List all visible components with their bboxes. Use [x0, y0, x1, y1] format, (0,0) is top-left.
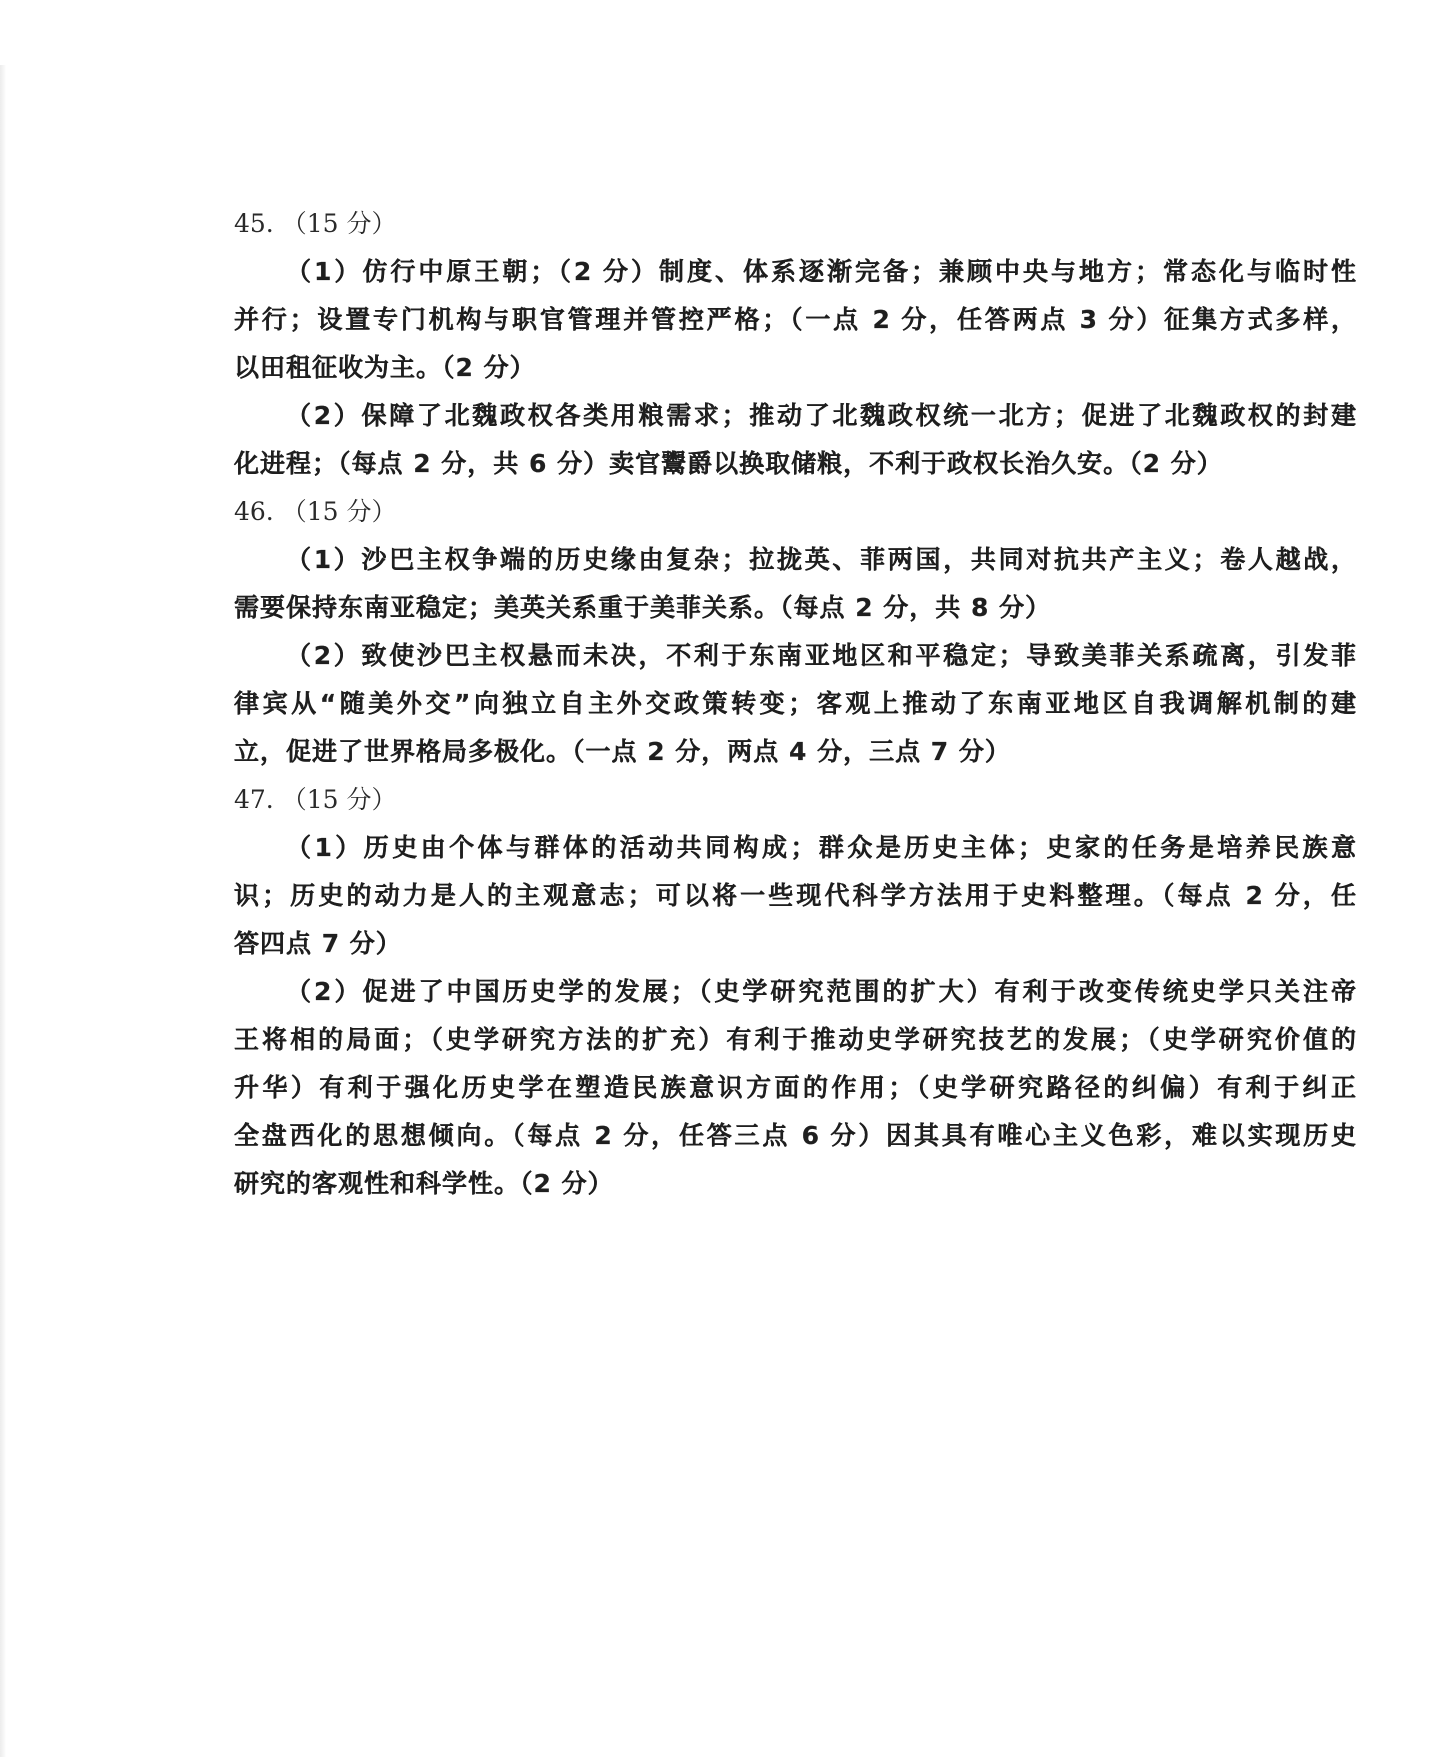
q47-part2-line2: 王将相的局面；（史学研究方法的扩充）有利于推动史学研究技艺的发展；（史学研究价值… [234, 1022, 1356, 1070]
q47-part2-line1: （2）促进了中国历史学的发展；（史学研究范围的扩大）有利于改变传统史学只关注帝 [234, 974, 1356, 1022]
question-47-header: 47. （15 分） [234, 782, 1356, 830]
q46-part2-line3: 立，促进了世界格局多极化。（一点 2 分，两点 4 分，三点 7 分） [234, 734, 1356, 782]
q46-part2-line1: （2）致使沙巴主权悬而未决，不利于东南亚地区和平稳定；导致美菲关系疏离，引发菲 [234, 638, 1356, 686]
page-edge-shadow [0, 65, 6, 1757]
q47-part1-line2: 识；历史的动力是人的主观意志；可以将一些现代科学方法用于史料整理。（每点 2 分… [234, 878, 1356, 926]
q45-part1-line3: 以田租征收为主。（2 分） [234, 350, 1356, 398]
q45-part1-line2: 并行；设置专门机构与职官管理并管控严格；（一点 2 分，任答两点 3 分）征集方… [234, 302, 1356, 350]
q47-part2-line5: 研究的客观性和科学性。（2 分） [234, 1166, 1356, 1214]
q47-part2-line3: 升华）有利于强化历史学在塑造民族意识方面的作用；（史学研究路径的纠偏）有利于纠正 [234, 1070, 1356, 1118]
q45-part1-line1: （1）仿行中原王朝；（2 分）制度、体系逐渐完备；兼顾中央与地方；常态化与临时性 [234, 254, 1356, 302]
q45-part2-line2: 化进程；（每点 2 分，共 6 分）卖官鬻爵以换取储粮，不利于政权长治久安。（2… [234, 446, 1356, 494]
q46-part2-line2: 律宾从“随美外交”向独立自主外交政策转变；客观上推动了东南亚地区自我调解机制的建 [234, 686, 1356, 734]
q46-part1-line1: （1）沙巴主权争端的历史缘由复杂；拉拢英、菲两国，共同对抗共产主义；卷人越战， [234, 542, 1356, 590]
q47-part1-line1: （1）历史由个体与群体的活动共同构成；群众是历史主体；史家的任务是培养民族意 [234, 830, 1356, 878]
question-46-header: 46. （15 分） [234, 494, 1356, 542]
q46-part1-line2: 需要保持东南亚稳定；美英关系重于美菲关系。（每点 2 分，共 8 分） [234, 590, 1356, 638]
q47-part1-line3: 答四点 7 分） [234, 926, 1356, 974]
q45-part2-line1: （2）保障了北魏政权各类用粮需求；推动了北魏政权统一北方；促进了北魏政权的封建 [234, 398, 1356, 446]
q47-part2-line4: 全盘西化的思想倾向。（每点 2 分，任答三点 6 分）因其具有唯心主义色彩，难以… [234, 1118, 1356, 1166]
question-45-header: 45. （15 分） [234, 206, 1356, 254]
answer-key-document: 45. （15 分） （1）仿行中原王朝；（2 分）制度、体系逐渐完备；兼顾中央… [234, 206, 1356, 1214]
